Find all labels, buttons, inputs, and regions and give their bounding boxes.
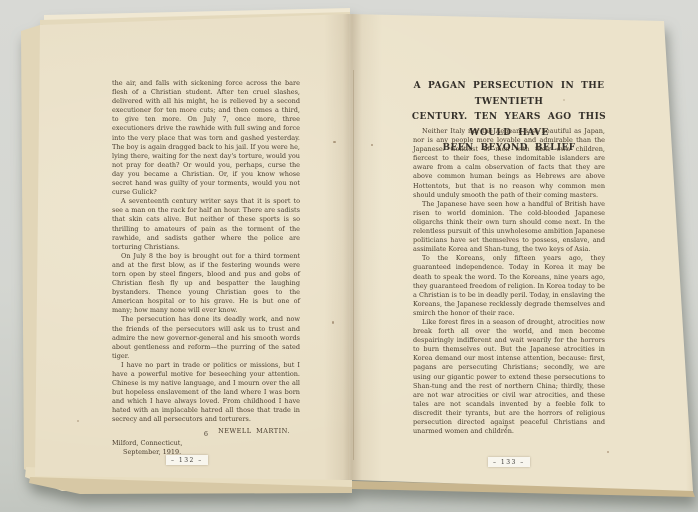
foxing-speck xyxy=(607,451,609,453)
paragraph: On July 8 the boy is brought out for a t… xyxy=(112,252,300,316)
left-page-number: 6 xyxy=(196,430,216,438)
heading-line: A PAGAN PERSECUTION IN THE TWENTIETH xyxy=(404,79,614,110)
photo-background: the air, and falls with sickening force … xyxy=(0,0,698,512)
left-page-text: the air, and falls with sickening force … xyxy=(112,79,300,457)
right-page-text: Neither Italy nor the Aegean is so beaut… xyxy=(413,127,605,436)
open-book: the air, and falls with sickening force … xyxy=(0,0,698,512)
foxing-speck xyxy=(77,420,79,422)
paragraph: The persecution has done its deadly work… xyxy=(112,315,300,360)
paragraph: Like forest fires in a season of drought… xyxy=(413,318,605,436)
left-catalog-label: – 132 – xyxy=(166,455,208,465)
right-page-number: 7 xyxy=(496,424,516,432)
paragraph: the air, and falls with sickening force … xyxy=(112,79,300,197)
paragraph: A seventeenth century writer says that i… xyxy=(112,197,300,252)
paragraph: To the Koreans, only fifteen years ago, … xyxy=(413,254,605,318)
paragraph: The Japanese have seen how a handful of … xyxy=(413,200,605,255)
paragraph: I have no part in trade or politics or m… xyxy=(112,361,300,425)
right-catalog-label: – 133 – xyxy=(488,457,530,467)
foxing-speck xyxy=(563,99,565,101)
address-line: Milford, Connecticut, xyxy=(112,439,300,448)
gutter-line xyxy=(353,70,354,460)
foxing-speck xyxy=(371,144,373,146)
foxing-speck xyxy=(333,141,336,143)
foxing-speck xyxy=(332,321,334,324)
paragraph: Neither Italy nor the Aegean is so beaut… xyxy=(413,127,605,200)
